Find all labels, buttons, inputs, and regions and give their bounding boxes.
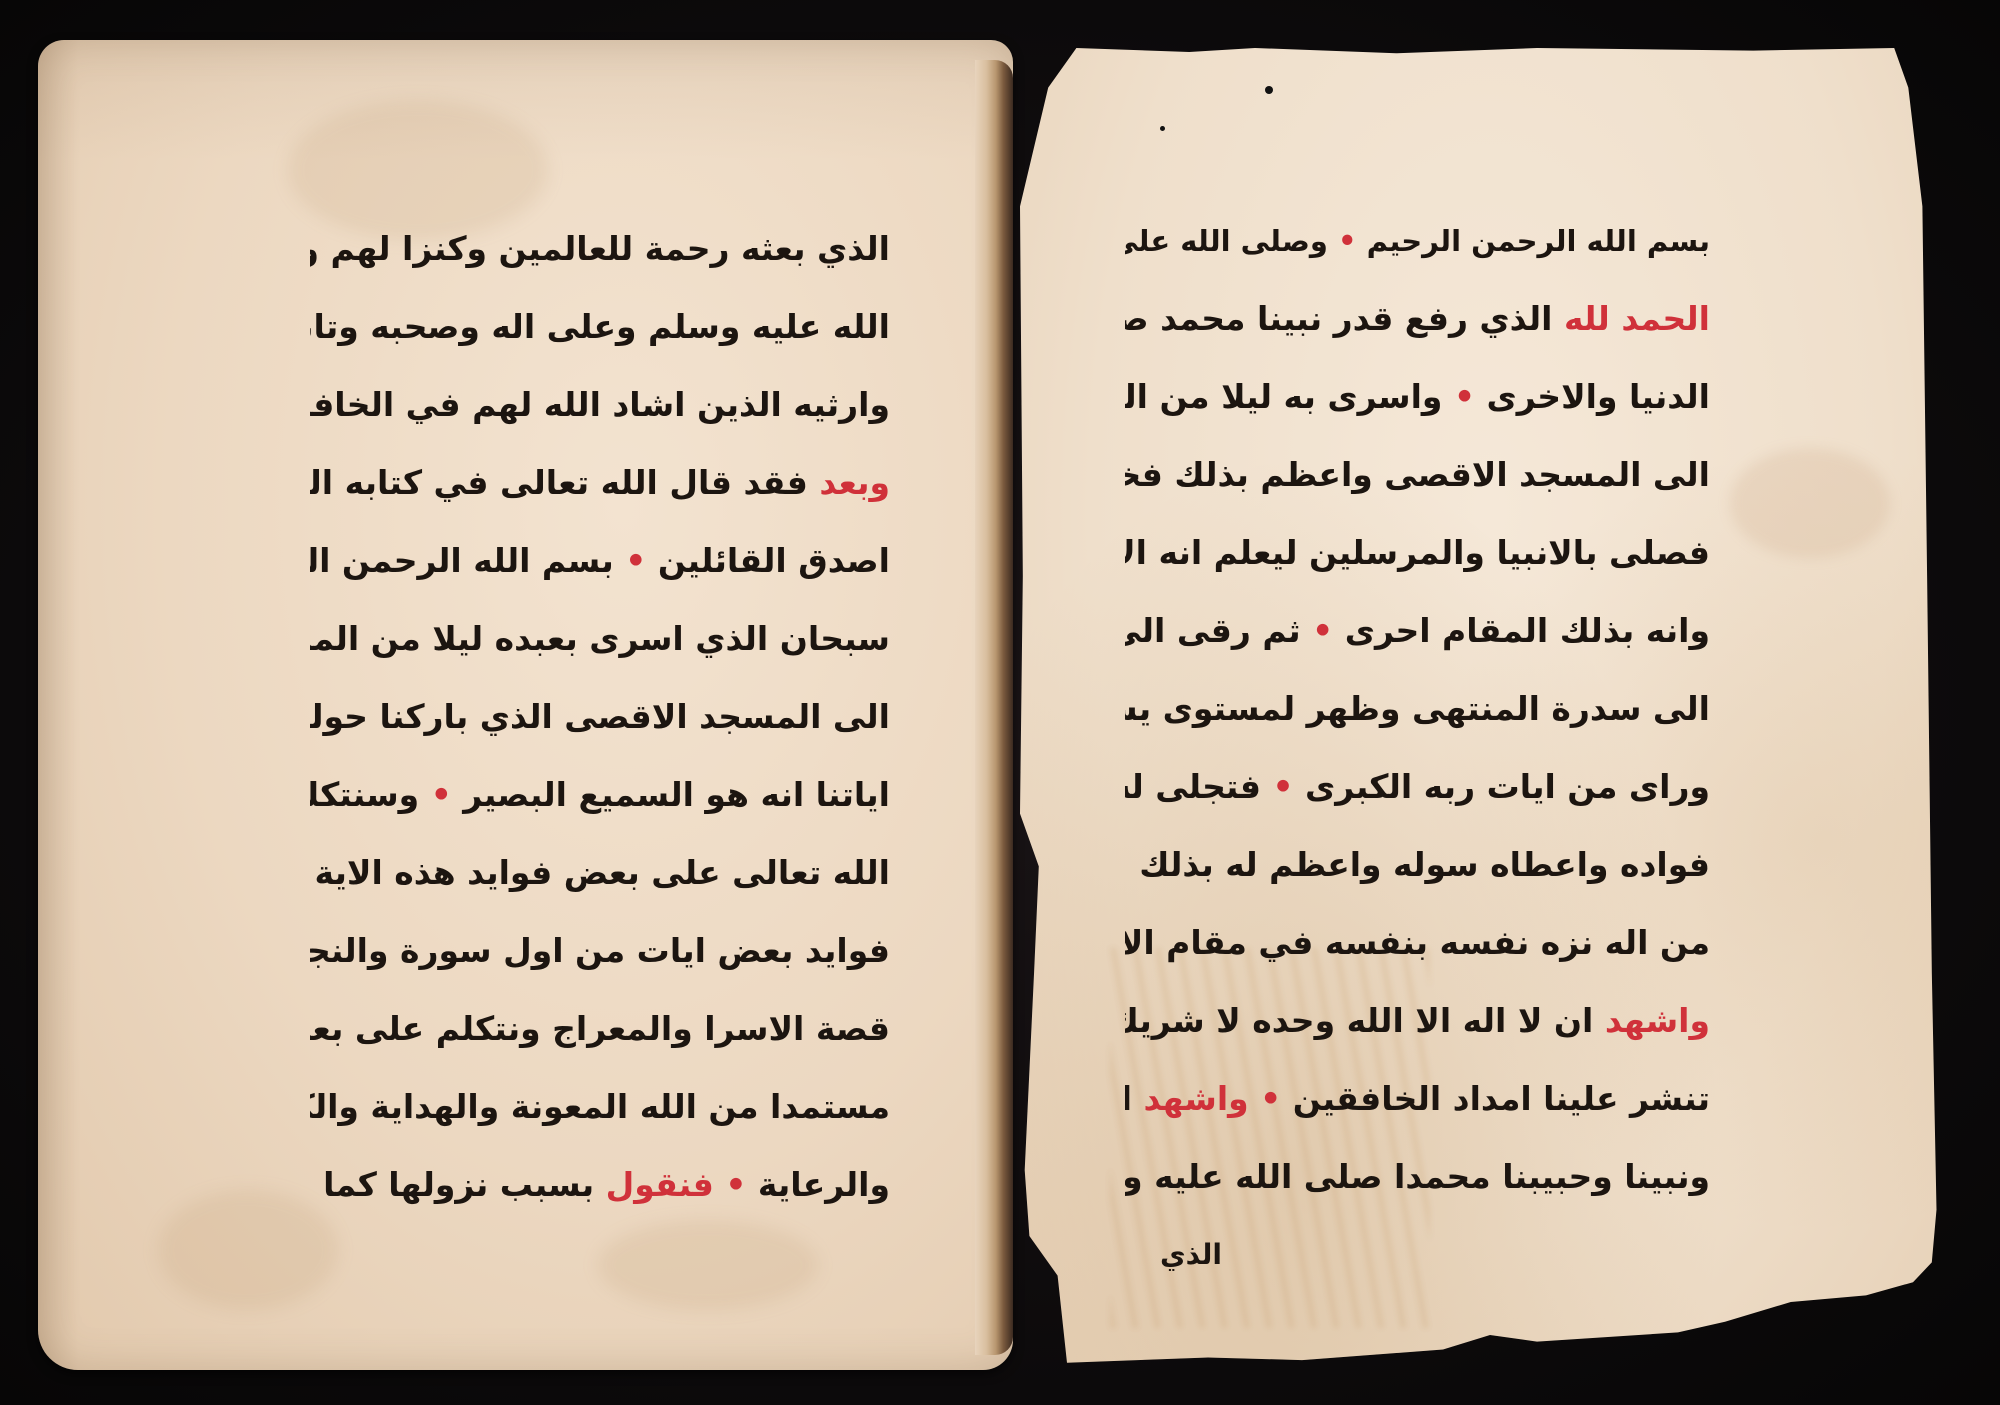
text-line-9: الله تعالى على بعض فوايد هذه الاية الكري… [310, 834, 890, 912]
basmala-text: بسم الله الرحمن الرحيم [1367, 224, 1710, 258]
rubric-heading: واشهد [1605, 1001, 1710, 1040]
text-line-11: قصة الاسرا والمعراج ونتكلم على بعض فوايد… [310, 990, 890, 1068]
text-line-10: من اله نزه نفسه بنفسه في مقام الانبا عن … [1125, 904, 1710, 982]
text-line-13: ونبينا وحبيبنا محمدا صلى الله عليه وسلم … [1125, 1138, 1710, 1216]
line-text: الدنيا والاخرى [1487, 377, 1710, 416]
line-text: ونبينا وحبيبنا محمدا صلى الله عليه وسلم … [1125, 1157, 1710, 1196]
line-text: الله عليه وسلم وعلى اله وصحبه وتابعيه خص… [310, 307, 890, 346]
red-verse-marker: • [1312, 611, 1333, 650]
text-line-9: فواده واعطاه سوله واعظم له بذلك اجرا • ف… [1125, 826, 1710, 904]
text-line-3: الدنيا والاخرى • واسرى به ليلا من المسجد… [1125, 358, 1710, 436]
text-line-6: سبحان الذي اسرى بعبده ليلا من المسجد الح… [310, 600, 890, 678]
left-page-text: الذي بعثه رحمة للعالمين وكنزا لهم وذخرا … [310, 210, 890, 1224]
text-line-2: الله عليه وسلم وعلى اله وصحبه وتابعيه خص… [310, 288, 890, 366]
line-text: قصة الاسرا والمعراج ونتكلم على بعض فوايد… [310, 1009, 890, 1048]
text-line-5: فصلى بالانبيا والمرسلين ليعلم انه الامام… [1125, 514, 1710, 592]
bound-page-edges [975, 60, 1013, 1355]
line-text: وسنتكلم ان شا [310, 775, 419, 814]
red-verse-marker: • [1338, 224, 1357, 258]
text-line-10: فوايد بعض ايات من اول سورة والنجم ثم نور… [310, 912, 890, 990]
stain [598, 1220, 818, 1310]
line-text: بسبب نزولها كما قاله الامام [310, 1165, 594, 1204]
line-text: اياتنا انه هو السميع البصير [463, 775, 890, 814]
wormhole [1160, 126, 1165, 131]
line-text: فصلى بالانبيا والمرسلين ليعلم انه الامام… [1125, 533, 1710, 572]
text-line-11: واشهد ان لا اله الا الله وحده لا شريك له… [1125, 982, 1710, 1060]
line-text: فوايد بعض ايات من اول سورة والنجم ثم نور… [310, 931, 890, 970]
text-line-8: وراى من ايات ربه الكبرى • فتجلى له وخاطب… [1125, 748, 1710, 826]
line-text: مستمدا من الله المعونة والهداية والكفاية [310, 1087, 890, 1126]
text-line-7: الى سدرة المنتهى وظهر لمستوى يسمع فيه صر… [1125, 670, 1710, 748]
text-line-5: اصدق القائلين • بسم الله الرحمن الرحيم • [310, 522, 890, 600]
text-line-7: الى المسجد الاقصى الذي باركنا حوله لنريه… [310, 678, 890, 756]
text-line-3: وارثيه الذين اشاد الله لهم في الخافقين ذ… [310, 366, 890, 444]
red-verse-marker: • [1454, 377, 1475, 416]
line-text: سبحان الذي اسرى بعبده ليلا من المسجد الح… [310, 619, 890, 658]
line-text: واسرى به ليلا من المسجد الحرام [1125, 377, 1442, 416]
red-verse-marker: • [625, 541, 646, 580]
right-page-text: بسم الله الرحمن الرحيم • وصلى الله على س… [1125, 202, 1710, 1216]
red-verse-marker: • [1272, 767, 1293, 806]
ink-offset-mark [1730, 448, 1890, 558]
line-text: فواده واعطاه سوله واعظم له بذلك اجرا [1125, 845, 1710, 884]
text-line-4: الى المسجد الاقصى واعظم بذلك فخرا • وقدم… [1125, 436, 1710, 514]
text-line-2: الحمد لله الذي رفع قدر نبينا محمد صلى ال… [1125, 280, 1710, 358]
text-line-1: بسم الله الرحمن الرحيم • وصلى الله على س… [1125, 202, 1710, 280]
line-text: ان سيدنا [1125, 1079, 1132, 1118]
rubric-word: فنقول [606, 1165, 714, 1204]
text-line-8: اياتنا انه هو السميع البصير • وسنتكلم ان… [310, 756, 890, 834]
text-line-1: الذي بعثه رحمة للعالمين وكنزا لهم وذخرا … [310, 210, 890, 288]
rubric-word: واشهد [1144, 1079, 1249, 1118]
line-text: من اله نزه نفسه بنفسه في مقام الانبا عن … [1125, 923, 1710, 962]
line-text: الى سدرة المنتهى وظهر لمستوى يسمع فيه صر… [1125, 689, 1710, 728]
text-line-6: وانه بذلك المقام احرى • ثم رقى الى السمو… [1125, 592, 1710, 670]
line-text: وراى من ايات ربه الكبرى [1305, 767, 1710, 806]
wormhole [1265, 86, 1273, 94]
text-line-13: والرعاية • فنقول بسبب نزولها كما قاله ال… [310, 1146, 890, 1224]
line-text: وانه بذلك المقام احرى [1345, 611, 1710, 650]
line-text: بسم الله الرحمن الرحيم [310, 541, 614, 580]
rubric-heading: الحمد لله [1564, 299, 1710, 338]
rubric-heading: وبعد [819, 463, 890, 502]
line-text: وصلى الله على سيدنا محمد واله وصحبه وسلم [1125, 224, 1328, 258]
text-line-12: مستمدا من الله المعونة والهداية والكفاية [310, 1068, 890, 1146]
red-verse-marker: • [431, 775, 452, 814]
line-text: فقد قال الله تعالى في كتابه المبين [310, 463, 808, 502]
red-verse-marker: • [725, 1165, 746, 1204]
catchword: الذي [1160, 1238, 1222, 1271]
line-text: الذي رفع قدر نبينا محمد صلى الله عليه وس… [1125, 299, 1552, 338]
red-verse-marker: • [1260, 1079, 1281, 1118]
line-text: ثم رقى الى السموات العلى [1125, 611, 1301, 650]
text-line-12: تنشر علينا امداد الخافقين • واشهد ان سيد… [1125, 1060, 1710, 1138]
text-line-4: وبعد فقد قال الله تعالى في كتابه المبين … [310, 444, 890, 522]
line-text: الى المسجد الاقصى واعظم بذلك فخرا [1125, 455, 1710, 494]
line-text: الذي بعثه رحمة للعالمين وكنزا لهم وذخرا [310, 229, 890, 268]
line-text: اصدق القائلين [658, 541, 890, 580]
line-text: فتجلى له وخاطبه وثبت [1125, 767, 1261, 806]
line-text: ان لا اله الا الله وحده لا شريك له شهادة [1125, 1001, 1593, 1040]
line-text: والرعاية [758, 1165, 890, 1204]
line-text: تنشر علينا امداد الخافقين [1293, 1079, 1710, 1118]
line-text: وارثيه الذين اشاد الله لهم في الخافقين ذ… [310, 385, 890, 424]
line-text: الله تعالى على بعض فوايد هذه الاية الكري… [310, 853, 890, 892]
line-text: الى المسجد الاقصى الذي باركنا حوله لنريه… [310, 697, 890, 736]
